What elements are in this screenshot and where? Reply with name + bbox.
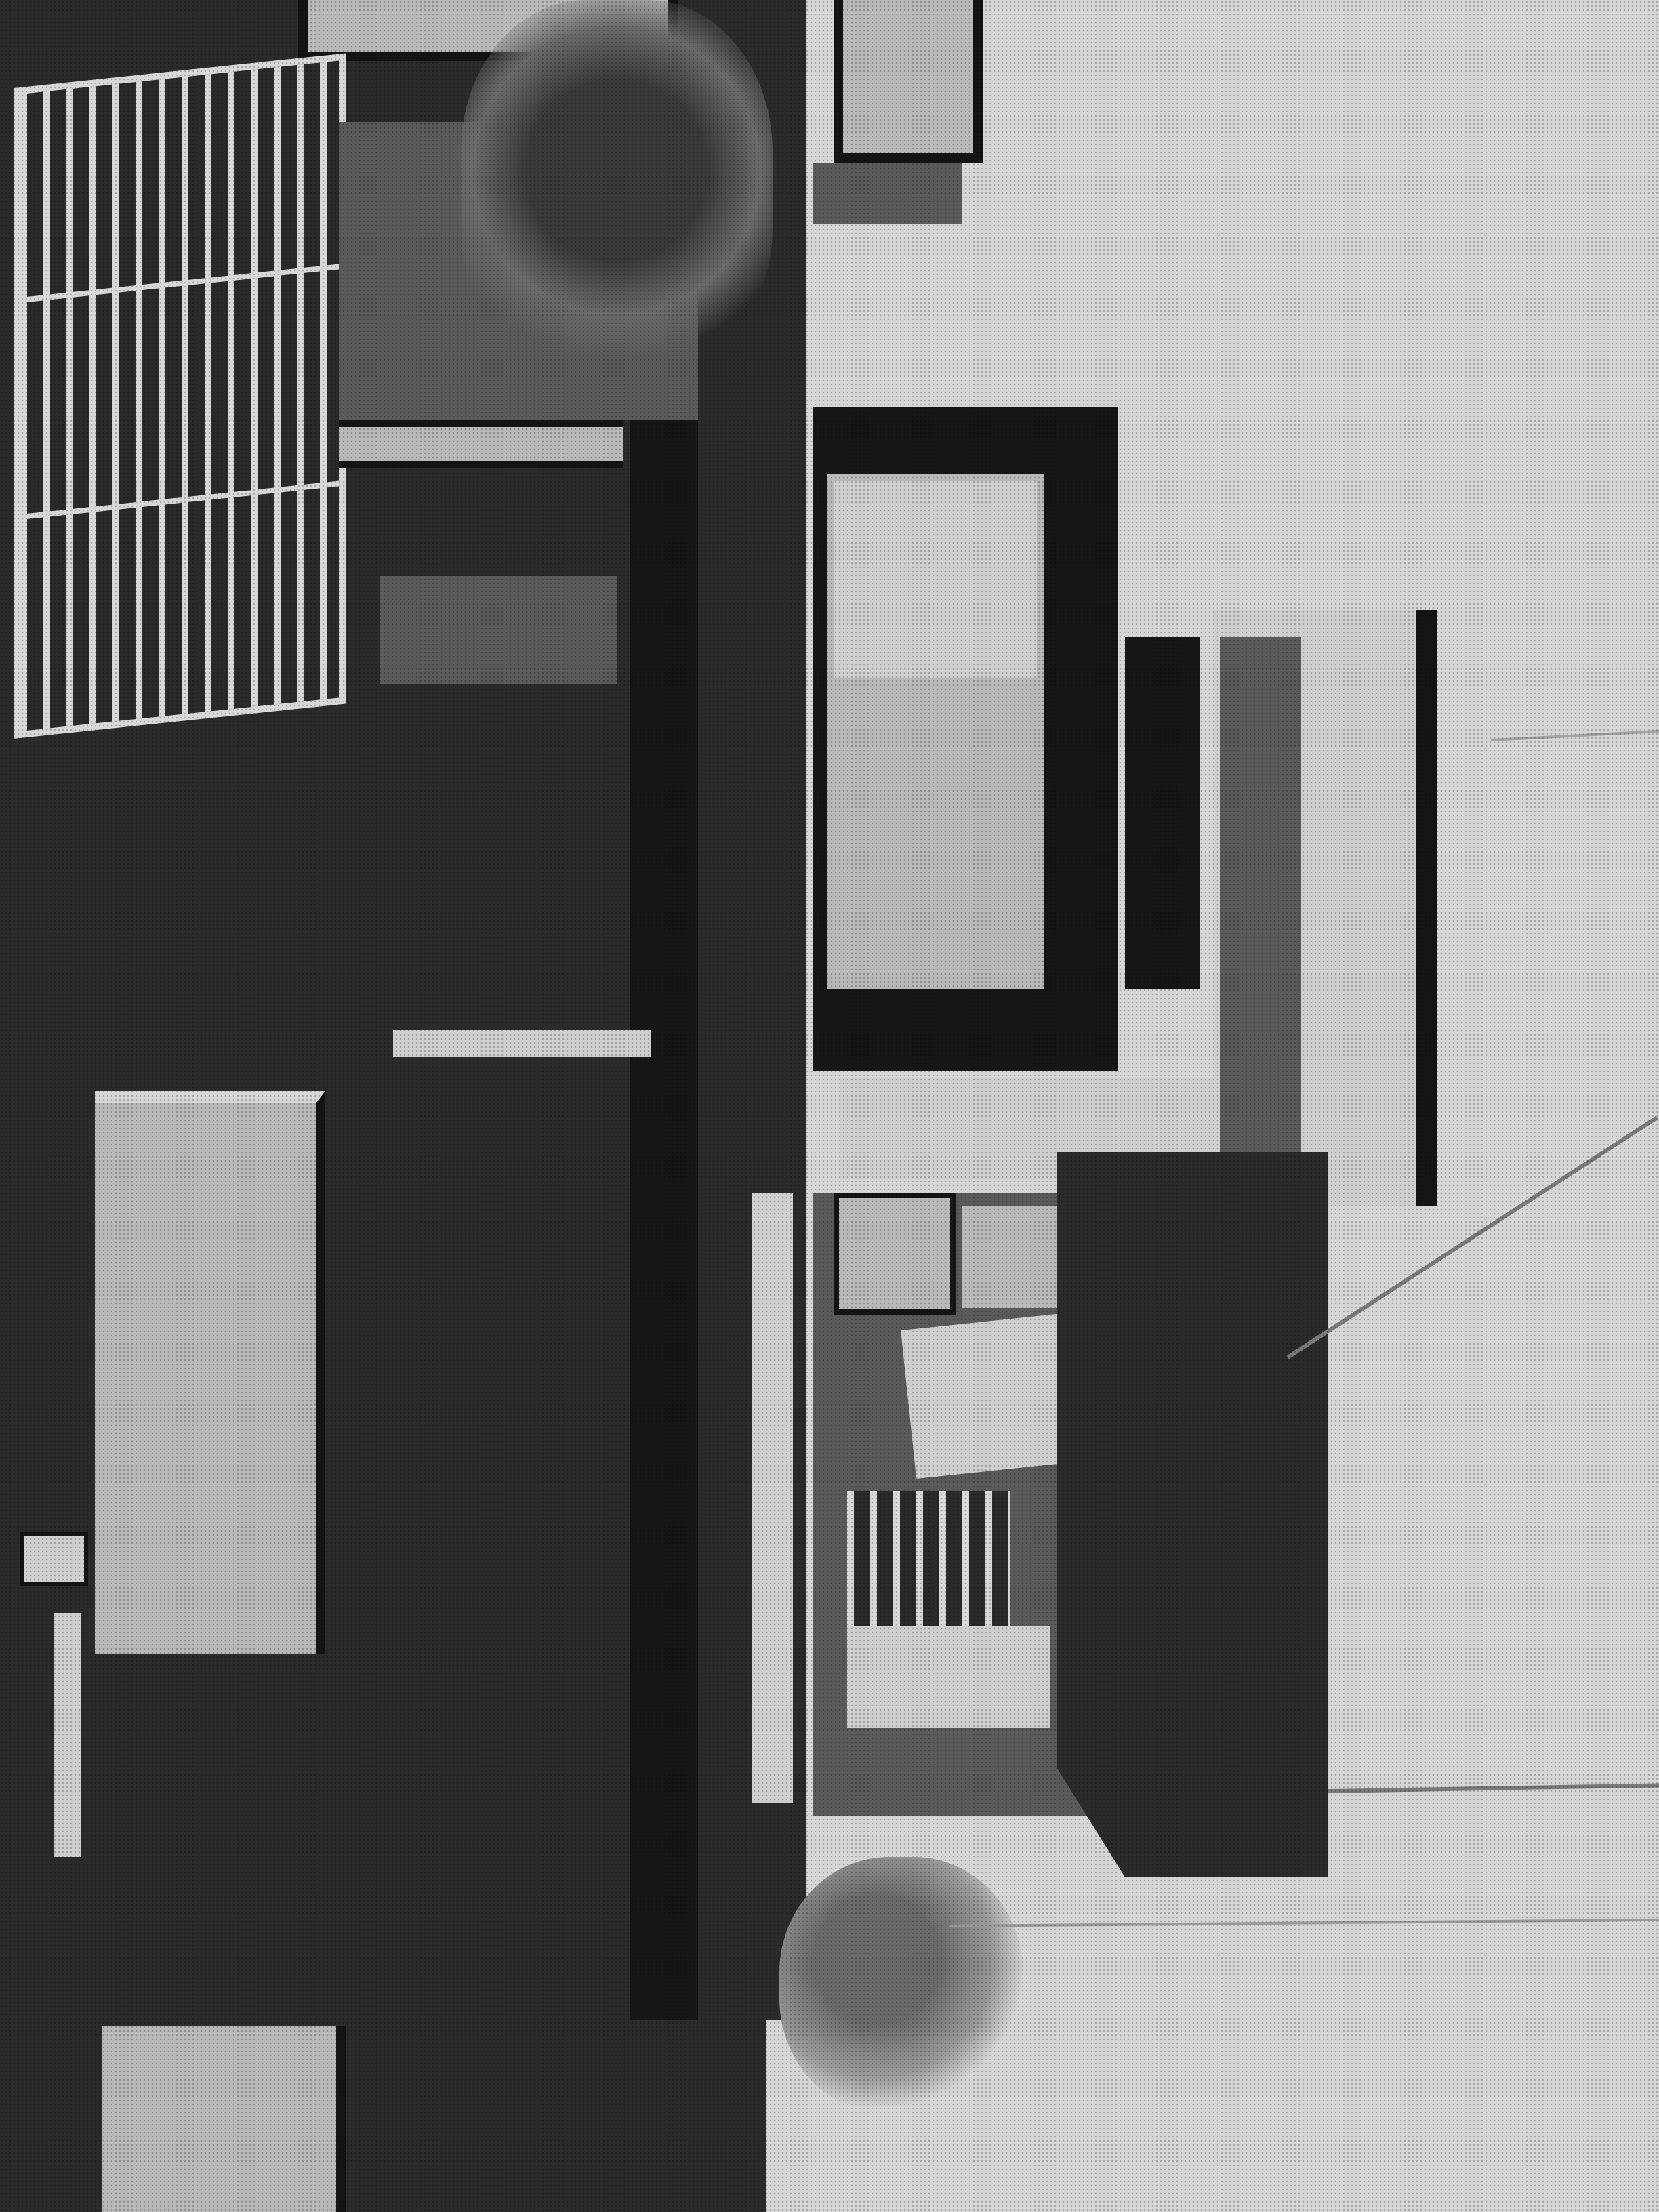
window-sill — [393, 1030, 651, 1057]
large-light-panel-window — [95, 1091, 325, 1654]
box-inner-shade — [1220, 637, 1301, 1193]
open-barred-gate — [14, 53, 346, 739]
lower-balcony-panel — [380, 576, 617, 684]
railing-light-patch — [847, 1626, 1050, 1728]
upper-right-window — [834, 0, 983, 163]
upper-window-reflection — [834, 481, 1037, 678]
hanging-cloth — [901, 1313, 1078, 1479]
overhead-cable — [1491, 729, 1659, 741]
balcony-railing — [847, 1491, 1010, 1626]
lower-light-window — [102, 2026, 346, 2212]
projecting-balcony-rail — [1125, 637, 1200, 989]
wall-fixture — [20, 1532, 88, 1586]
angled-dark-wall — [1057, 1152, 1328, 1877]
tree-foliage — [779, 1857, 1023, 2114]
upper-tree-foliage — [461, 0, 773, 380]
overhead-cable — [949, 1919, 1659, 1927]
balcony-ledge — [339, 420, 623, 468]
balcony-panel-a — [834, 1193, 956, 1315]
light-pillar — [752, 1193, 793, 1803]
facade-photograph — [0, 0, 1659, 2212]
fixture-post — [54, 1613, 81, 1857]
upper-right-window-base — [813, 163, 962, 224]
overhead-cable — [1328, 1783, 1659, 1793]
